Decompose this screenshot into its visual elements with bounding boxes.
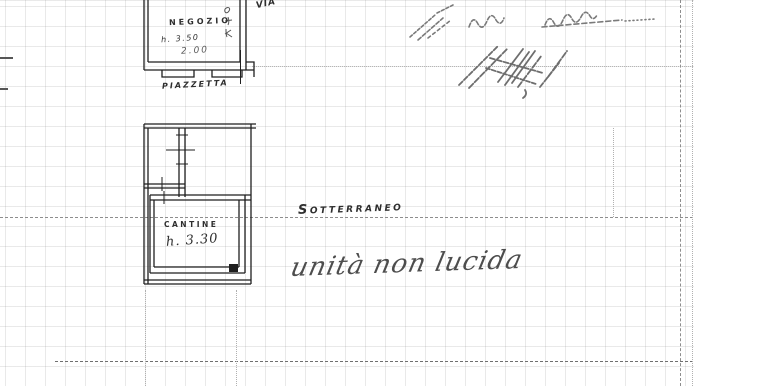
pillar-mark <box>229 264 238 272</box>
scanned-floorplan-document: VIA NEGOZIO h. 3.50 2.00 PIAZZETTA SOTTE… <box>0 0 770 386</box>
dimension-label-negozio: 2.00 <box>181 45 210 56</box>
handwritten-scribble-crossout <box>459 46 567 98</box>
handwritten-scribble-top-right <box>410 5 655 40</box>
lower-plan-cantine-walls <box>144 124 256 284</box>
room-label-cantine: CANTINE <box>164 220 218 229</box>
plan-drawing-layer <box>0 0 770 386</box>
